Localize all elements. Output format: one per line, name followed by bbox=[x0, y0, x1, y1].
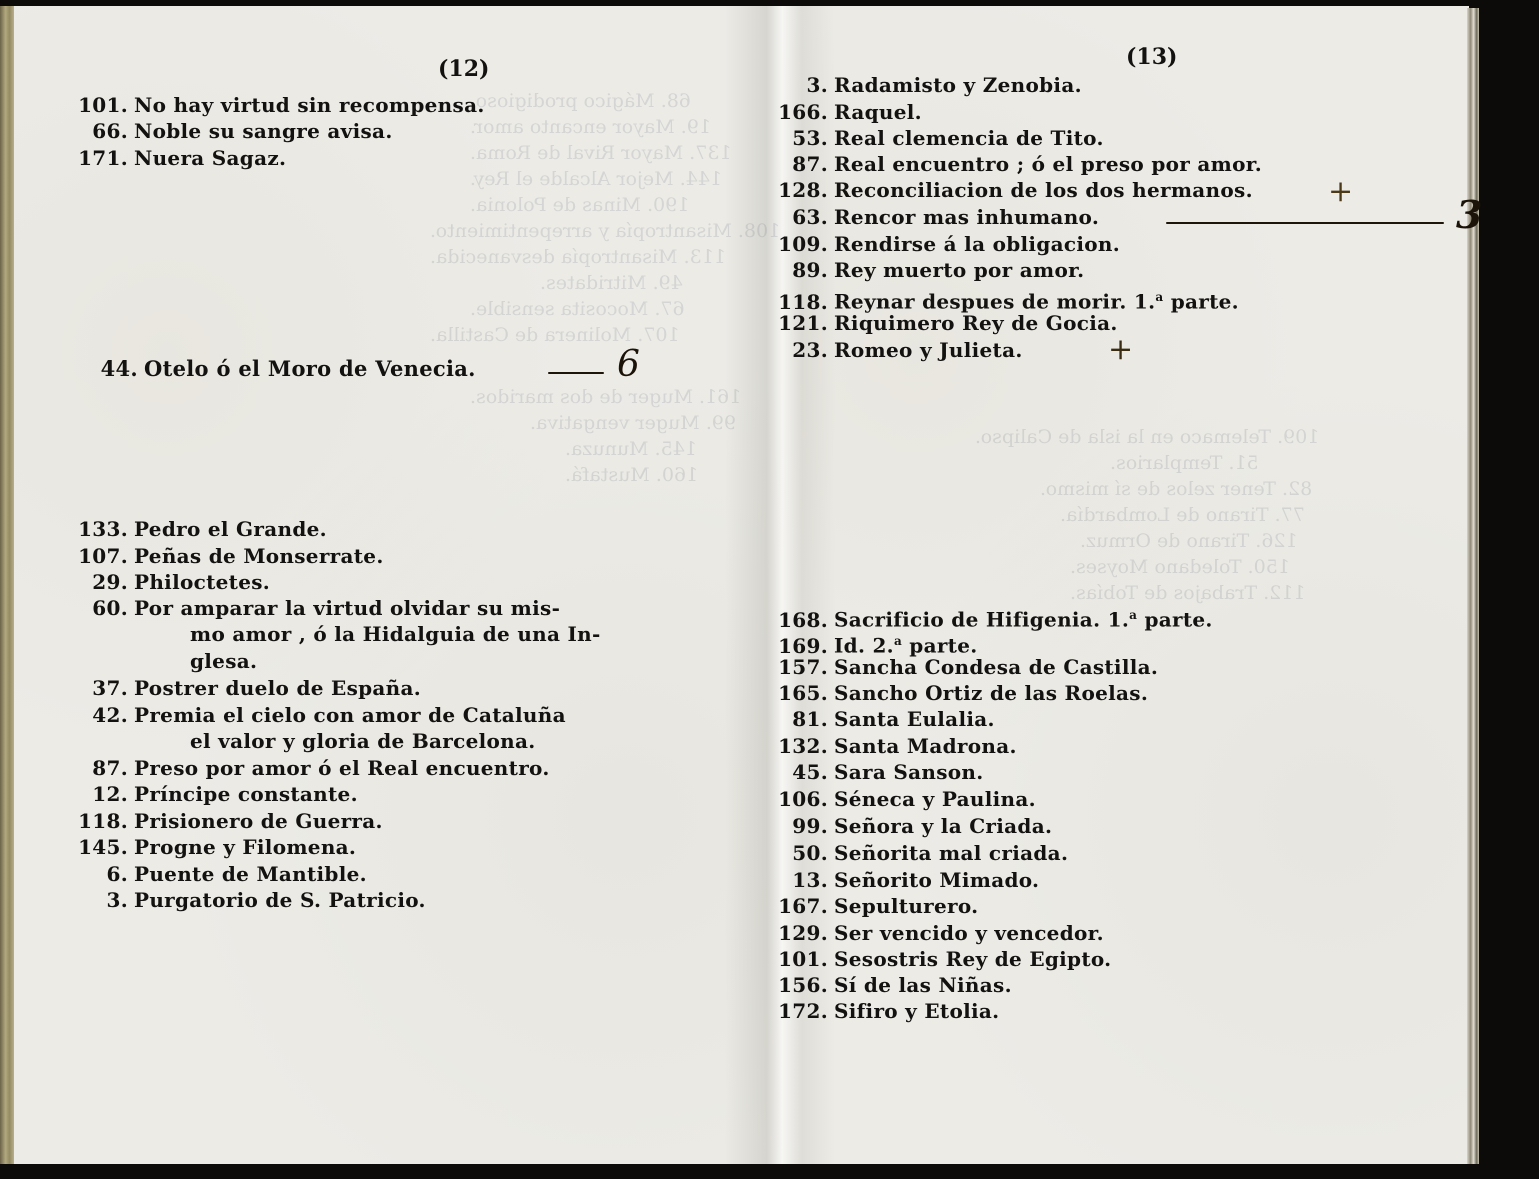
entry-title: Príncipe constante. bbox=[134, 782, 358, 806]
entry-title: Rendirse á la obligacion. bbox=[834, 232, 1120, 256]
entry-line: 44.Otelo ó el Moro de Venecia. bbox=[82, 356, 476, 382]
entry-title: Nuera Sagaz. bbox=[134, 146, 286, 170]
handwritten-mark: 3 bbox=[1456, 192, 1482, 237]
ghost-line: 160. Mustafá. bbox=[565, 462, 698, 488]
entry-number: 167. bbox=[772, 893, 828, 919]
handwritten-mark: 6 bbox=[617, 344, 640, 385]
entry-title: Raquel. bbox=[834, 100, 922, 124]
entry-line: 172.Sifiro y Etolia. bbox=[772, 998, 999, 1024]
entry-number: 23. bbox=[772, 337, 828, 363]
entry-number: 63. bbox=[772, 204, 828, 230]
ghost-line: 108. Misantropía y arrepentimiento. bbox=[430, 218, 780, 244]
entry-line: 106.Séneca y Paulina. bbox=[772, 786, 1036, 812]
entry-title: Romeo y Julieta. bbox=[834, 338, 1023, 362]
entry-line: 87.Preso por amor ó el Real encuentro. bbox=[72, 755, 550, 781]
ghost-line: 190. Minas de Polonia. bbox=[470, 192, 689, 218]
entry-number: 50. bbox=[772, 840, 828, 866]
entry-title: Santa Eulalia. bbox=[834, 707, 995, 731]
entry-title: Sepulturero. bbox=[834, 894, 978, 918]
entry-line: 89.Rey muerto por amor. bbox=[772, 257, 1084, 283]
entry-number: 172. bbox=[772, 998, 828, 1024]
entry-title: Prisionero de Guerra. bbox=[134, 809, 383, 833]
ink-dash-mark bbox=[548, 372, 604, 374]
entry-line: 45.Sara Sanson. bbox=[772, 759, 984, 785]
entry-title: Séneca y Paulina. bbox=[834, 787, 1036, 811]
entry-title: Real clemencia de Tito. bbox=[834, 126, 1104, 150]
entry-title: Reconciliacion de los dos hermanos. bbox=[834, 178, 1253, 202]
entry-number: 60. bbox=[72, 595, 128, 621]
part-label: parte. bbox=[1144, 608, 1212, 632]
ghost-line: 51. Templarios. bbox=[1110, 450, 1259, 476]
entry-number: 44. bbox=[82, 356, 138, 382]
entry-line: 42.Premia el cielo con amor de Cataluña bbox=[72, 702, 566, 728]
entry-line: 3.Purgatorio de S. Patricio. bbox=[72, 887, 426, 913]
ghost-line: 126. Tirano de Ormuz. bbox=[1080, 528, 1298, 554]
entry-title: Sancha Condesa de Castilla. bbox=[834, 655, 1158, 679]
entry-number: 89. bbox=[772, 257, 828, 283]
right-page-edges bbox=[1467, 8, 1479, 1164]
entry-title: Pedro el Grande. bbox=[134, 517, 327, 541]
ghost-line: 67. Mocosita sensible. bbox=[470, 296, 685, 322]
entry-title: Postrer duelo de España. bbox=[134, 676, 421, 700]
entry-number: 45. bbox=[772, 759, 828, 785]
entry-line: 13.Señorito Mimado. bbox=[772, 867, 1039, 893]
entry-number: 3. bbox=[772, 72, 828, 98]
ghost-line: 150. Toledano Moyses. bbox=[1070, 554, 1290, 580]
ghost-line: 137. Mayor Rival de Roma. bbox=[470, 140, 732, 166]
entry-line: 118.Prisionero de Guerra. bbox=[72, 808, 383, 834]
entry-title: Sesostris Rey de Egipto. bbox=[834, 947, 1111, 971]
ghost-line: 144. Mejor Alcalde el Rey. bbox=[470, 166, 722, 192]
entry-line: 157.Sancha Condesa de Castilla. bbox=[772, 654, 1158, 680]
entry-number: 29. bbox=[72, 569, 128, 595]
scan-background bbox=[1479, 0, 1539, 1179]
entry-number: 13. bbox=[772, 867, 828, 893]
part-number: 1. bbox=[1108, 608, 1129, 632]
part-superscript: a bbox=[1155, 290, 1163, 304]
entry-number: 99. bbox=[772, 813, 828, 839]
entry-number: 118. bbox=[72, 808, 128, 834]
entry-number: 121. bbox=[772, 310, 828, 336]
entry-continuation: mo amor , ó la Hidalguia de una In- bbox=[190, 621, 601, 647]
entry-title: Premia el cielo con amor de Cataluña bbox=[134, 703, 566, 727]
entry-line: 101.No hay virtud sin recompensa. bbox=[72, 92, 485, 118]
entry-title: Señorita mal criada. bbox=[834, 841, 1068, 865]
entry-line: 50.Señorita mal criada. bbox=[772, 840, 1068, 866]
entry-number: 87. bbox=[72, 755, 128, 781]
ghost-line: 77. Tirano de Lombardía. bbox=[1060, 502, 1305, 528]
entry-line: 107.Peñas de Monserrate. bbox=[72, 543, 384, 569]
entry-title: Puente de Mantible. bbox=[134, 862, 367, 886]
entry-line: 29.Philoctetes. bbox=[72, 569, 270, 595]
entry-line: 99.Señora y la Criada. bbox=[772, 813, 1052, 839]
entry-number: 66. bbox=[72, 118, 128, 144]
entry-number: 37. bbox=[72, 675, 128, 701]
entry-number: 107. bbox=[72, 543, 128, 569]
ghost-line: 145. Munuza. bbox=[565, 436, 697, 462]
entry-number: 87. bbox=[772, 151, 828, 177]
entry-number: 129. bbox=[772, 920, 828, 946]
book-spread: 68. Mágico prodigioso. 19. Mayor encanto… bbox=[0, 0, 1539, 1168]
entry-line: 87.Real encuentro ; ó el preso por amor. bbox=[772, 151, 1262, 177]
entry-line: 132.Santa Madrona. bbox=[772, 733, 1017, 759]
entry-line: 129.Ser vencido y vencedor. bbox=[772, 920, 1104, 946]
entry-title: Señora y la Criada. bbox=[834, 814, 1052, 838]
entry-title: Santa Madrona. bbox=[834, 734, 1017, 758]
entry-title: Sancho Ortiz de las Roelas. bbox=[834, 681, 1148, 705]
entry-title: Preso por amor ó el Real encuentro. bbox=[134, 756, 550, 780]
part-superscript: a bbox=[1129, 608, 1137, 622]
entry-title: Noble su sangre avisa. bbox=[134, 119, 393, 143]
page-number-right: (13) bbox=[1126, 44, 1177, 70]
entry-number: 145. bbox=[72, 834, 128, 860]
ghost-line: 113. Misantropía desvanecida. bbox=[430, 244, 726, 270]
entry-number: 81. bbox=[772, 706, 828, 732]
part-label: parte. bbox=[1171, 290, 1239, 314]
entry-line: 165.Sancho Ortiz de las Roelas. bbox=[772, 680, 1148, 706]
entry-title: Progne y Filomena. bbox=[134, 835, 356, 859]
entry-line: 156.Sí de las Niñas. bbox=[772, 972, 1012, 998]
ghost-line: 161. Muger de dos maridos. bbox=[470, 384, 741, 410]
entry-number: 156. bbox=[772, 972, 828, 998]
entry-line: 6.Puente de Mantible. bbox=[72, 861, 367, 887]
entry-title: Ser vencido y vencedor. bbox=[834, 921, 1104, 945]
entry-number: 132. bbox=[772, 733, 828, 759]
entry-title: Sara Sanson. bbox=[834, 760, 984, 784]
entry-number: 3. bbox=[72, 887, 128, 913]
ghost-line: 109. Telemaco en la isla de Calipso. bbox=[975, 424, 1319, 450]
entry-line: 109.Rendirse á la obligacion. bbox=[772, 231, 1120, 257]
ghost-line: 19. Mayor encanto amor. bbox=[470, 114, 711, 140]
entry-title: Señorito Mimado. bbox=[834, 868, 1039, 892]
entry-title: No hay virtud sin recompensa. bbox=[134, 93, 485, 117]
entry-title: Rey muerto por amor. bbox=[834, 258, 1084, 282]
entry-number: 6. bbox=[72, 861, 128, 887]
entry-title: Por amparar la virtud olvidar su mis- bbox=[134, 596, 560, 620]
entry-number: 101. bbox=[772, 946, 828, 972]
entry-title: Philoctetes. bbox=[134, 570, 270, 594]
entry-line: 101.Sesostris Rey de Egipto. bbox=[772, 946, 1111, 972]
entry-title: Real encuentro ; ó el preso por amor. bbox=[834, 152, 1262, 176]
part-superscript: a bbox=[894, 634, 902, 648]
entry-title: Radamisto y Zenobia. bbox=[834, 73, 1082, 97]
entry-number: 157. bbox=[772, 654, 828, 680]
page-number-left: (12) bbox=[438, 56, 489, 82]
ghost-line: 82. Tener zelos de sí mismo. bbox=[1040, 476, 1312, 502]
entry-line: 133.Pedro el Grande. bbox=[72, 516, 327, 542]
entry-line: 145.Progne y Filomena. bbox=[72, 834, 356, 860]
entry-continuation: glesa. bbox=[190, 648, 257, 674]
entry-line: 63.Rencor mas inhumano. bbox=[772, 204, 1099, 230]
entry-title: Purgatorio de S. Patricio. bbox=[134, 888, 426, 912]
entry-line: 128.Reconciliacion de los dos hermanos. bbox=[772, 177, 1253, 203]
entry-continuation: el valor y gloria de Barcelona. bbox=[190, 728, 536, 754]
entry-title: Sí de las Niñas. bbox=[834, 973, 1012, 997]
entry-line: 167.Sepulturero. bbox=[772, 893, 978, 919]
entry-line: 3.Radamisto y Zenobia. bbox=[772, 72, 1082, 98]
entry-line: 121.Riquimero Rey de Gocia. bbox=[772, 310, 1118, 336]
entry-line: 166.Raquel. bbox=[772, 99, 922, 125]
entry-title: Otelo ó el Moro de Venecia. bbox=[144, 356, 476, 381]
handwritten-cross-mark: + bbox=[1328, 174, 1353, 209]
entry-number: 133. bbox=[72, 516, 128, 542]
entry-number: 128. bbox=[772, 177, 828, 203]
entry-title: Rencor mas inhumano. bbox=[834, 205, 1099, 229]
entry-line: 171.Nuera Sagaz. bbox=[72, 145, 286, 171]
part-number: 1. bbox=[1134, 290, 1155, 314]
entry-line: 53.Real clemencia de Tito. bbox=[772, 125, 1104, 151]
ink-dash-mark bbox=[1166, 222, 1444, 224]
entry-number: 106. bbox=[772, 786, 828, 812]
entry-line: 66.Noble su sangre avisa. bbox=[72, 118, 393, 144]
entry-line: 12.Príncipe constante. bbox=[72, 781, 358, 807]
entry-number: 109. bbox=[772, 231, 828, 257]
entry-number: 42. bbox=[72, 702, 128, 728]
ghost-line: 99. Muger vengativa. bbox=[530, 410, 736, 436]
handwritten-cross-mark: + bbox=[1108, 332, 1133, 367]
ghost-line: 107. Molinera de Castilla. bbox=[430, 322, 680, 348]
entry-title: Peñas de Monserrate. bbox=[134, 544, 384, 568]
entry-number: 171. bbox=[72, 145, 128, 171]
ghost-line: 49. Mitridates. bbox=[540, 270, 683, 296]
entry-number: 101. bbox=[72, 92, 128, 118]
entry-number: 165. bbox=[772, 680, 828, 706]
entry-line: 60.Por amparar la virtud olvidar su mis- bbox=[72, 595, 560, 621]
entry-number: 53. bbox=[772, 125, 828, 151]
entry-title: Sifiro y Etolia. bbox=[834, 999, 999, 1023]
entry-line: 23.Romeo y Julieta. bbox=[772, 337, 1023, 363]
entry-number: 12. bbox=[72, 781, 128, 807]
entry-line: 37.Postrer duelo de España. bbox=[72, 675, 421, 701]
ghost-line: 68. Mágico prodigioso. bbox=[470, 88, 691, 114]
entry-title: Riquimero Rey de Gocia. bbox=[834, 311, 1118, 335]
entry-number: 166. bbox=[772, 99, 828, 125]
entry-line: 81.Santa Eulalia. bbox=[772, 706, 995, 732]
